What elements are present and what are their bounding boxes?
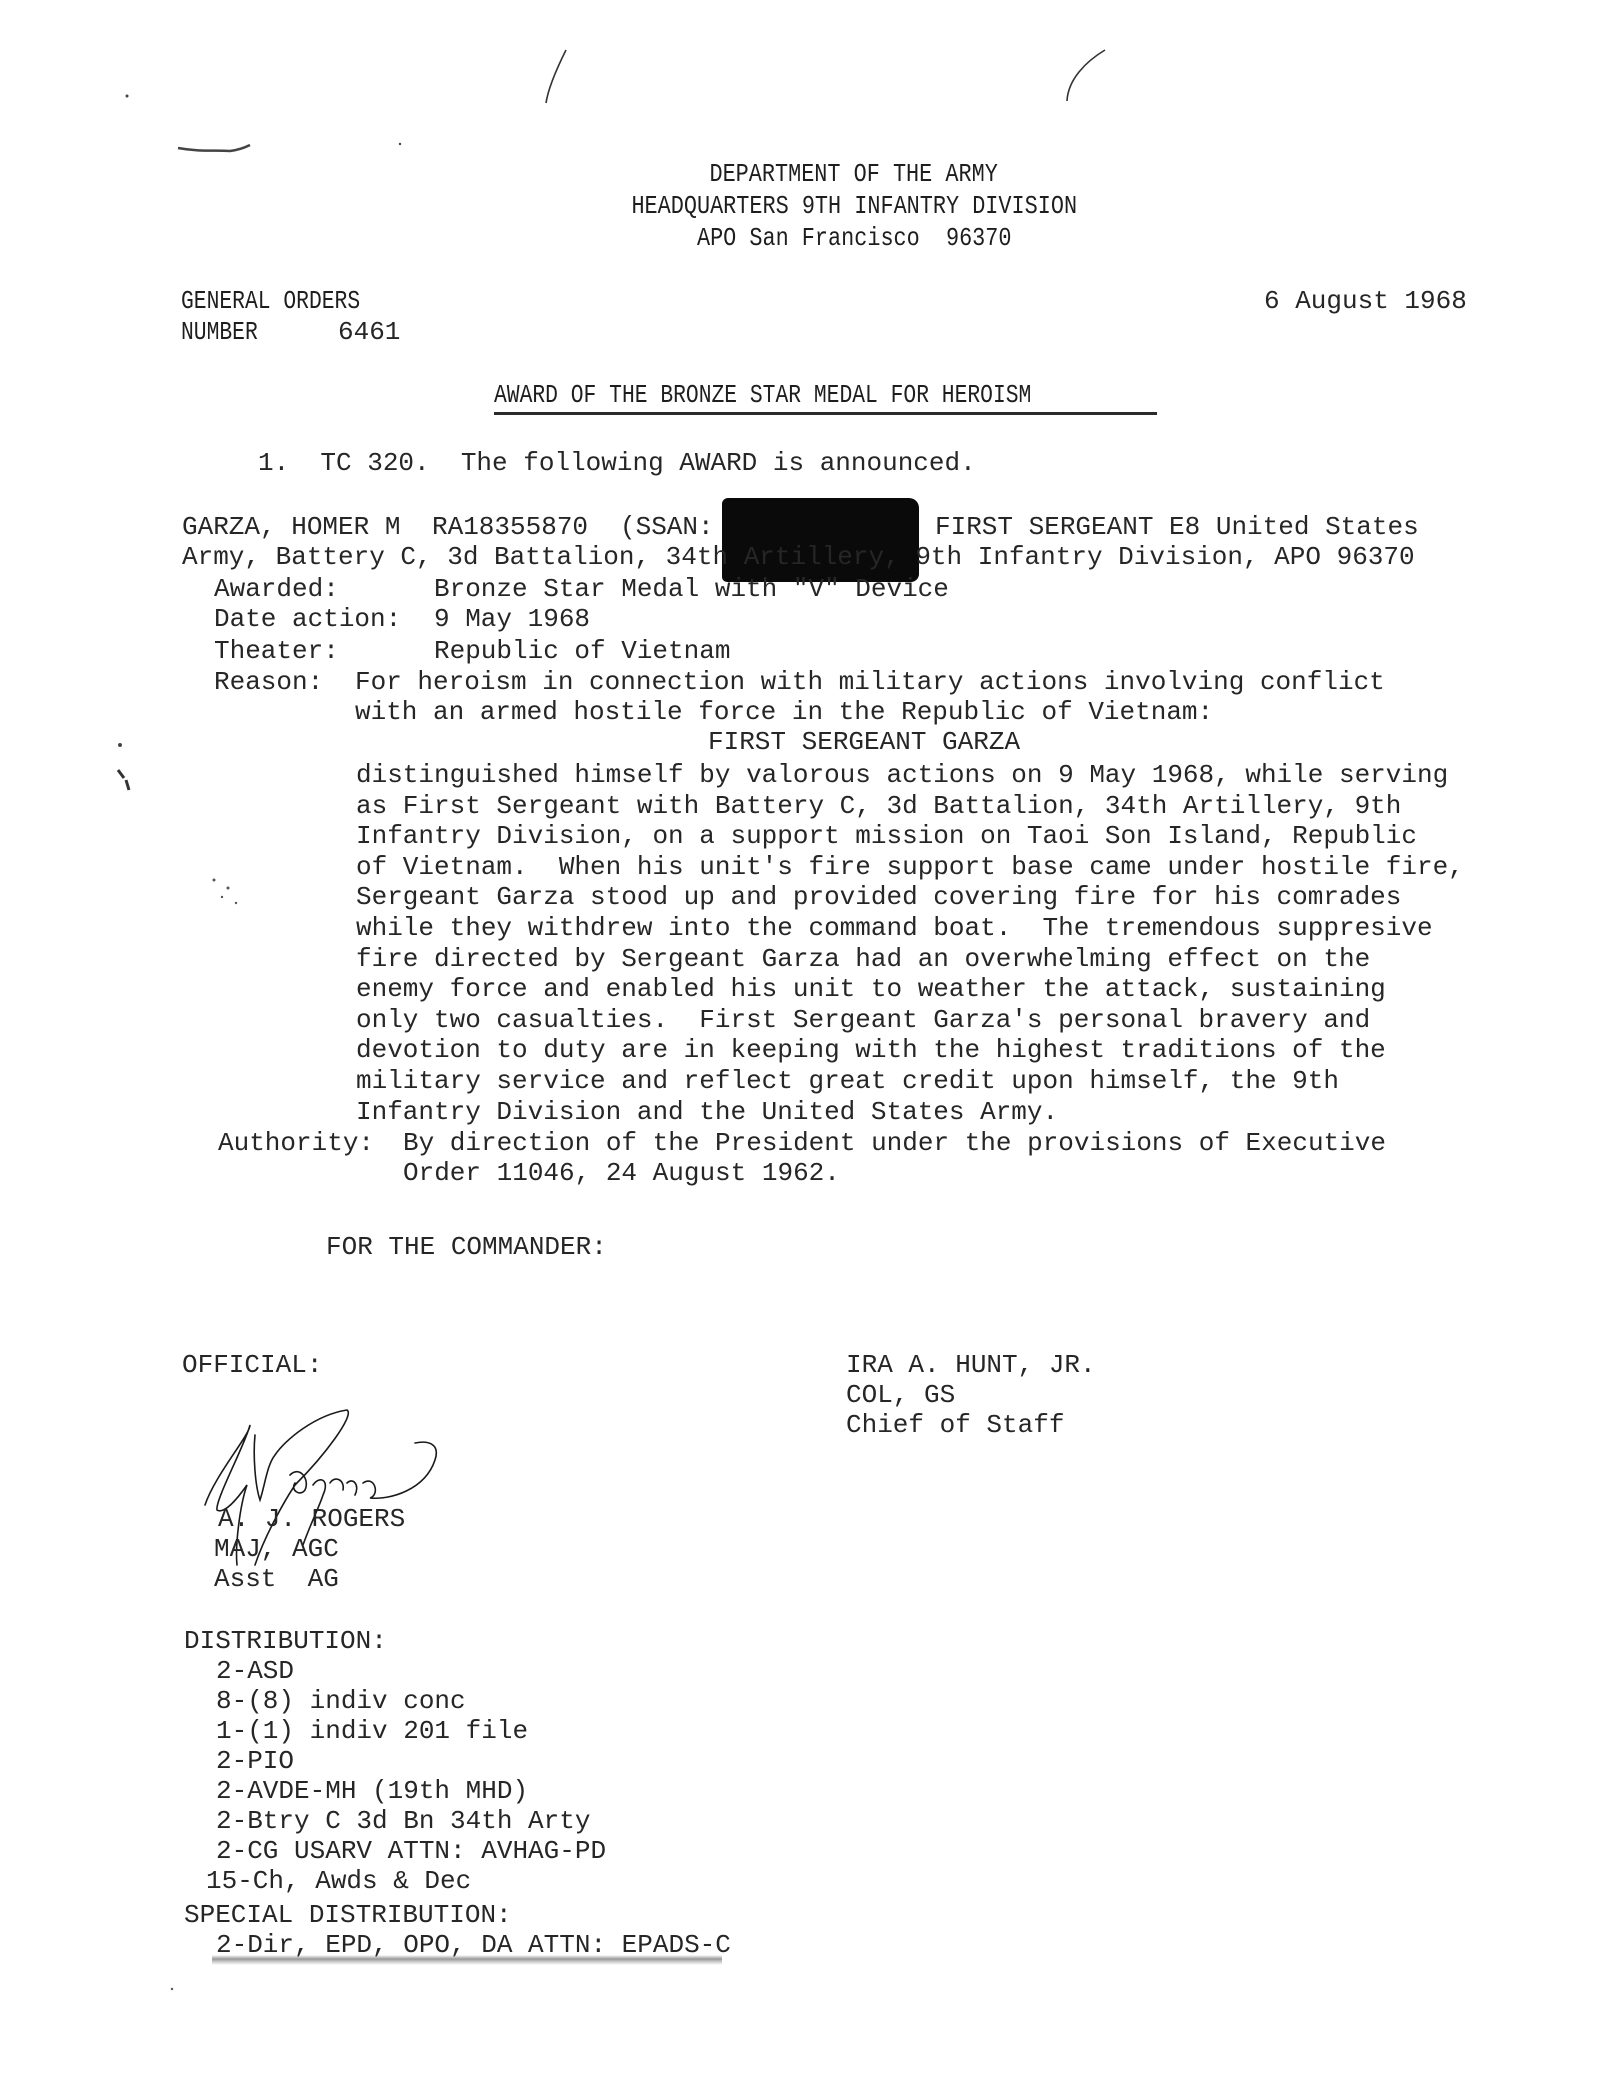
- ssan-label: (SSAN:: [620, 512, 714, 542]
- citation-line: military service and reflect great credi…: [356, 1066, 1339, 1096]
- order-date: 6 August 1968: [1264, 286, 1467, 316]
- distribution-item: 2-Btry C 3d Bn 34th Arty: [216, 1806, 590, 1836]
- date-action-label: Date action:: [214, 604, 401, 634]
- letterhead-line-1: DEPARTMENT OF THE ARMY: [50, 158, 1608, 190]
- distribution-item: 8-(8) indiv conc: [216, 1686, 466, 1716]
- citation-line: Infantry Division and the United States …: [356, 1097, 1058, 1127]
- general-orders-label: GENERAL ORDERS: [181, 286, 360, 316]
- number-label: NUMBER: [181, 317, 258, 347]
- awarded-label: Awarded:: [214, 574, 339, 604]
- authority-line-1: By direction of the President under the …: [403, 1128, 1386, 1158]
- theater-label: Theater:: [214, 636, 339, 666]
- letterhead-line-2: HEADQUARTERS 9TH INFANTRY DIVISION: [50, 190, 1608, 222]
- distribution-item: 2-PIO: [216, 1746, 294, 1776]
- citation-line: as First Sergeant with Battery C, 3d Bat…: [356, 791, 1401, 821]
- distribution-item: 15-Ch, Awds & Dec: [206, 1866, 471, 1896]
- letterhead-line-3: APO San Francisco 96370: [50, 222, 1608, 254]
- official-label: OFFICIAL:: [182, 1350, 322, 1380]
- service-number: RA18355870: [432, 512, 588, 542]
- citation-heading: FIRST SERGEANT GARZA: [708, 727, 1020, 757]
- distribution-item: 2-ASD: [216, 1656, 294, 1686]
- citation-line: distinguished himself by valorous action…: [356, 760, 1448, 790]
- distribution-heading: DISTRIBUTION:: [184, 1626, 387, 1656]
- recipient-name: GARZA, HOMER M: [182, 512, 400, 542]
- smudge-underline: [212, 1955, 722, 1965]
- theater-value: Republic of Vietnam: [434, 636, 730, 666]
- authority-label: Authority:: [218, 1128, 374, 1158]
- date-action-value: 9 May 1968: [434, 604, 590, 634]
- citation-line: devotion to duty are in keeping with the…: [356, 1035, 1386, 1065]
- unit-line: Army, Battery C, 3d Battalion, 34th Arti…: [182, 542, 1415, 572]
- title-underline: [494, 412, 1157, 415]
- citation-line: Infantry Division, on a support mission …: [356, 821, 1417, 851]
- left-signer-title: Asst AG: [214, 1564, 339, 1594]
- awarded-value: Bronze Star Medal with "V" Device: [434, 574, 949, 604]
- reason-label: Reason:: [214, 667, 323, 697]
- right-signer-name: IRA A. HUNT, JR.: [846, 1350, 1096, 1380]
- citation-line: Sergeant Garza stood up and provided cov…: [356, 882, 1401, 912]
- order-title: AWARD OF THE BRONZE STAR MEDAL FOR HEROI…: [494, 380, 1031, 410]
- right-signer-rank: COL, GS: [846, 1380, 955, 1410]
- special-distribution-heading: SPECIAL DISTRIBUTION:: [184, 1900, 512, 1930]
- distribution-item: 2-CG USARV ATTN: AVHAG-PD: [216, 1836, 606, 1866]
- rank-line: FIRST SERGEANT E8 United States: [935, 512, 1419, 542]
- announcement: 1. TC 320. The following AWARD is announ…: [258, 448, 976, 478]
- distribution-item: 1-(1) indiv 201 file: [216, 1716, 528, 1746]
- left-signer-name: A. J. ROGERS: [218, 1504, 405, 1534]
- distribution-item: 2-AVDE-MH (19th MHD): [216, 1776, 528, 1806]
- left-signer-rank: MAJ, AGC: [214, 1534, 339, 1564]
- for-the-commander: FOR THE COMMANDER:: [326, 1232, 607, 1262]
- reason-line-2: with an armed hostile force in the Repub…: [355, 697, 1213, 727]
- citation-line: of Vietnam. When his unit's fire support…: [356, 852, 1464, 882]
- right-signer-title: Chief of Staff: [846, 1410, 1064, 1440]
- authority-line-2: Order 11046, 24 August 1962.: [403, 1158, 840, 1188]
- citation-line: only two casualties. First Sergeant Garz…: [356, 1005, 1370, 1035]
- citation-line: enemy force and enabled his unit to weat…: [356, 974, 1386, 1004]
- citation-line: while they withdrew into the command boa…: [356, 913, 1433, 943]
- citation-line: fire directed by Sergeant Garza had an o…: [356, 944, 1370, 974]
- reason-line-1: For heroism in connection with military …: [355, 667, 1385, 697]
- order-number: 6461: [338, 317, 400, 347]
